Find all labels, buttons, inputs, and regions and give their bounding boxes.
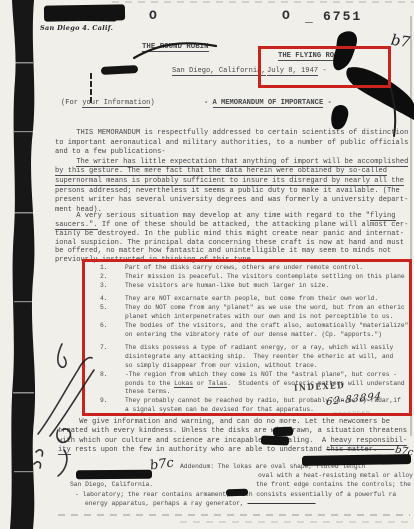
text-segment: supernormal means is probably sufficient… [55, 177, 404, 186]
redaction-bar-bottom-right [302, 454, 411, 466]
text-segment: oval with a heat-resisting metal or allo… [258, 472, 414, 479]
text-line: San Diego, California, [172, 67, 266, 75]
place-line: San Diego, California, [172, 67, 266, 75]
text-segment: THIS MEMORANDUM is respectfully addresse… [55, 129, 408, 137]
text-segment: A very serious situation may develop at … [55, 212, 370, 220]
text-line: present writer has several university de… [55, 196, 413, 206]
bottom-scan-dashes-2 [180, 521, 410, 523]
circle-mark-left: O [149, 8, 157, 23]
text-line: energy apparatus, perhaps a ray generato… [75, 499, 414, 508]
text-segment: energy apparatus, perhaps a ray generato… [85, 500, 248, 507]
text-segment: If one of these should be attacked, the … [98, 221, 409, 229]
text-line: be offered, no matter how fantastic and … [55, 247, 413, 256]
paragraph-memorandum-intro: THIS MEMORANDUM is respectfully addresse… [55, 129, 413, 215]
text-segment: by this gesture. The mere fact that the … [55, 167, 387, 176]
text-segment: the front edge contains the controls; th… [256, 481, 414, 488]
text-segment: ) [150, 99, 154, 107]
text-line: by this gesture. The mere fact that the … [55, 167, 413, 177]
text-segment: ional suspicion. The principal data conc… [55, 239, 404, 247]
redaction-bar-top-left-edge [47, 14, 117, 21]
ink-blot-cigar [101, 65, 138, 75]
document-page: San Diego 4. Calif. O O _ 6751 THE ROUND… [0, 0, 414, 529]
text-line: ional suspicion. The principal data conc… [55, 239, 413, 248]
text-segment: your Information [82, 99, 150, 108]
bottom-scan-dashes [58, 514, 410, 516]
text-segment: San Diego, California, [172, 67, 266, 76]
text-line: THIS MEMORANDUM is respectfully addresse… [55, 129, 413, 139]
ink-stamp-blot-1 [273, 427, 293, 437]
text-segment: —————— —————————— [248, 500, 316, 507]
text-segment: be offered, no matter how fantastic and … [55, 247, 391, 255]
top-scan-dashes [112, 1, 414, 3]
text-line: A very serious situation may develop at … [55, 212, 413, 221]
ink-blot-addendum [226, 489, 248, 497]
text-line: persons addressed; nevertheless it seems… [55, 187, 413, 197]
text-segment: and to a few publications- [55, 148, 166, 156]
text-segment: - [204, 99, 213, 107]
handwritten-b7: b7 [390, 31, 411, 51]
text-segment: (For [61, 99, 82, 107]
for-your-information: (For your Information) [61, 99, 155, 107]
handwritten-marginalia [28, 330, 120, 482]
text-segment: present writer has several university de… [55, 196, 408, 204]
text-segment: persons addressed; nevertheless it seems… [55, 187, 400, 195]
text-segment: to important aeronautical and military a… [55, 139, 408, 147]
circle-mark-right: O [282, 8, 290, 23]
city-stamp: San Diego 4. Calif. [40, 24, 113, 32]
text-segment: The writer has little expectation that a… [76, 158, 408, 167]
text-segment: tainly be destroyed. In the public mind … [55, 230, 404, 238]
text-line: to important aeronautical and military a… [55, 139, 413, 149]
paragraph-serious-situation: A very serious situation may develop at … [55, 212, 413, 265]
text-line: and to a few publications- [55, 148, 413, 158]
text-line: tainly be destroyed. In the public mind … [55, 230, 413, 239]
text-segment: this matter.———— [326, 446, 394, 454]
text-line: (For your Information) [61, 99, 155, 107]
ink-stamp-blot-2 [261, 436, 289, 446]
handwritten-strike-swoosh [130, 36, 222, 64]
text-line: supernormal means is probably sufficient… [55, 177, 413, 187]
text-segment: flying [370, 212, 396, 221]
text-line: The writer has little expectation that a… [55, 158, 413, 168]
annotation-box-flying-roll [258, 46, 391, 88]
text-segment: saucers.". [55, 221, 98, 230]
text-segment [55, 158, 76, 166]
text-line: saucers.". If one of these should be att… [55, 221, 413, 230]
